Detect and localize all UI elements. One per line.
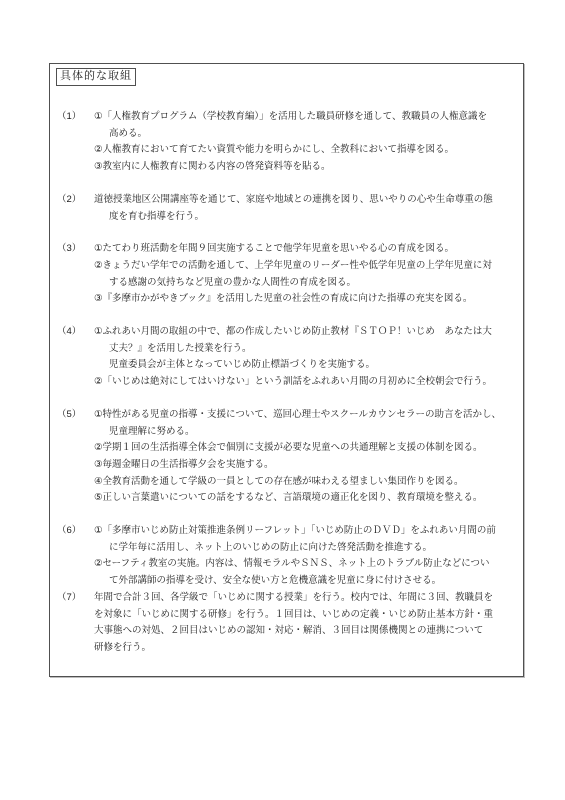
text-line: ①「人権教育プログラム（学校教育編）」を活用した職員研修を通して、教職員の人権意… [94,109,518,126]
list-item: （5）①特性がある児童の指導・支援について、巡回心理士やスクールカウンセラーの助… [57,407,518,507]
item-lines: 道徳授業地区公開講座等を通じて、家庭や地域との連携を図り、思いやりの心や生命尊重… [94,192,518,225]
item-number: （6） [57,523,94,590]
text-line: ②人権教育において育てたい資質や能力を明らかにし、全教科において指導を図る。 [94,142,518,159]
list-item: （4）①ふれあい月間の取組の中で、都の作成したいじめ防止教材『ＳＴＯＰ！いじめ … [57,324,518,391]
text-line: ②「いじめは絶対にしてはいけない」という訓話をふれあい月間の月初めに全校朝会で行… [94,374,518,391]
item-lines: ①特性がある児童の指導・支援について、巡回心理士やスクールカウンセラーの助言を活… [94,407,518,507]
item-lines: ①ふれあい月間の取組の中で、都の作成したいじめ防止教材『ＳＴＯＰ！いじめ あなた… [94,324,518,391]
section-title-box: 具体的な取組 [56,68,136,86]
text-line: を対象に「いじめに関する研修」を行う。１回目は、いじめの定義・いじめ防止基本方針… [94,607,518,624]
list-item: （7）年間で合計３回、各学級で「いじめに関する授業」を行う。校内では、年間に３回… [57,590,518,657]
text-line: ①特性がある児童の指導・支援について、巡回心理士やスクールカウンセラーの助言を活… [94,407,518,424]
item-lines: ①「多摩市いじめ防止対策推進条例リーフレット」「いじめ防止のＤＶＤ」をふれあい月… [94,523,518,590]
text-line: ②きょうだい学年での活動を通して、上学年児童のリーダー性や低学年児童の上学年児童… [94,258,518,275]
text-line: 児童理解に努める。 [94,424,518,441]
text-line: ②学期１回の生活指導全体会で個別に支援が必要な児童への共通理解と支援の体制を図る… [94,440,518,457]
item-lines: ①たてわり班活動を年間９回実施することで他学年児童を思いやる心の育成を図る。②き… [94,241,518,308]
item-number: （1） [57,109,94,176]
text-line: 児童委員会が主体となっていじめ防止標語づくりを実施する。 [94,357,518,374]
text-line: ②セーフティ教室の実施。内容は、情報モラルやＳＮＳ、ネット上のトラブル防止などに… [94,556,518,573]
item-lines: ①「人権教育プログラム（学校教育編）」を活用した職員研修を通して、教職員の人権意… [94,109,518,176]
text-line: ①「多摩市いじめ防止対策推進条例リーフレット」「いじめ防止のＤＶＤ」をふれあい月… [94,523,518,540]
content-frame: 具体的な取組 （1）①「人権教育プログラム（学校教育編）」を活用した職員研修を通… [49,63,524,677]
text-line: ①ふれあい月間の取組の中で、都の作成したいじめ防止教材『ＳＴＯＰ！いじめ あなた… [94,324,518,341]
text-line: ⑤正しい言葉遣いについての話をするなど、言語環境の適正化を図り、教育環境を整える… [94,490,518,507]
list-item: （3）①たてわり班活動を年間９回実施することで他学年児童を思いやる心の育成を図る… [57,241,518,308]
text-line: 研修を行う。 [94,640,518,657]
items-list: （1）①「人権教育プログラム（学校教育編）」を活用した職員研修を通して、教職員の… [57,109,518,657]
text-line: ①たてわり班活動を年間９回実施することで他学年児童を思いやる心の育成を図る。 [94,241,518,258]
text-line: て外部講師の指導を受け、安全な使い方と危機意識を児童に身に付けさせる。 [94,573,518,590]
list-item: （2）道徳授業地区公開講座等を通じて、家庭や地域との連携を図り、思いやりの心や生… [57,192,518,225]
item-number: （5） [57,407,94,507]
item-number: （7） [57,590,94,657]
text-line: する感謝の気持ちなど児童の豊かな人間性の育成を図る。 [94,275,518,292]
text-line: 度を育む指導を行う。 [94,209,518,226]
text-line: ③教室内に人権教育に関わる内容の啓発資料等を貼る。 [94,159,518,176]
text-line: 高める。 [94,126,518,143]
list-item: （6）①「多摩市いじめ防止対策推進条例リーフレット」「いじめ防止のＤＶＤ」をふれ… [57,523,518,590]
text-line: 年間で合計３回、各学級で「いじめに関する授業」を行う。校内では、年間に３回、教職… [94,590,518,607]
text-line: 丈夫？』を活用した授業を行う。 [94,341,518,358]
text-line: に学年毎に活用し、ネット上のいじめの防止に向けた啓発活動を推進する。 [94,540,518,557]
text-line: ③毎週金曜日の生活指導夕会を実施する。 [94,457,518,474]
item-number: （2） [57,192,94,225]
item-lines: 年間で合計３回、各学級で「いじめに関する授業」を行う。校内では、年間に３回、教職… [94,590,518,657]
list-item: （1）①「人権教育プログラム（学校教育編）」を活用した職員研修を通して、教職員の… [57,109,518,176]
item-number: （4） [57,324,94,391]
text-line: ④全教育活動を通して学級の一員としての存在感が味わえる望ましい集団作りを図る。 [94,474,518,491]
item-number: （3） [57,241,94,308]
text-line: 道徳授業地区公開講座等を通じて、家庭や地域との連携を図り、思いやりの心や生命尊重… [94,192,518,209]
text-line: 大事態への対処、２回目はいじめの認知・対応・解消、３回目は関係機関との連携につい… [94,623,518,640]
text-line: ③『多摩市かがやきブック』を活用した児童の社会性の育成に向けた指導の充実を図る。 [94,291,518,308]
section-title: 具体的な取組 [60,70,132,82]
